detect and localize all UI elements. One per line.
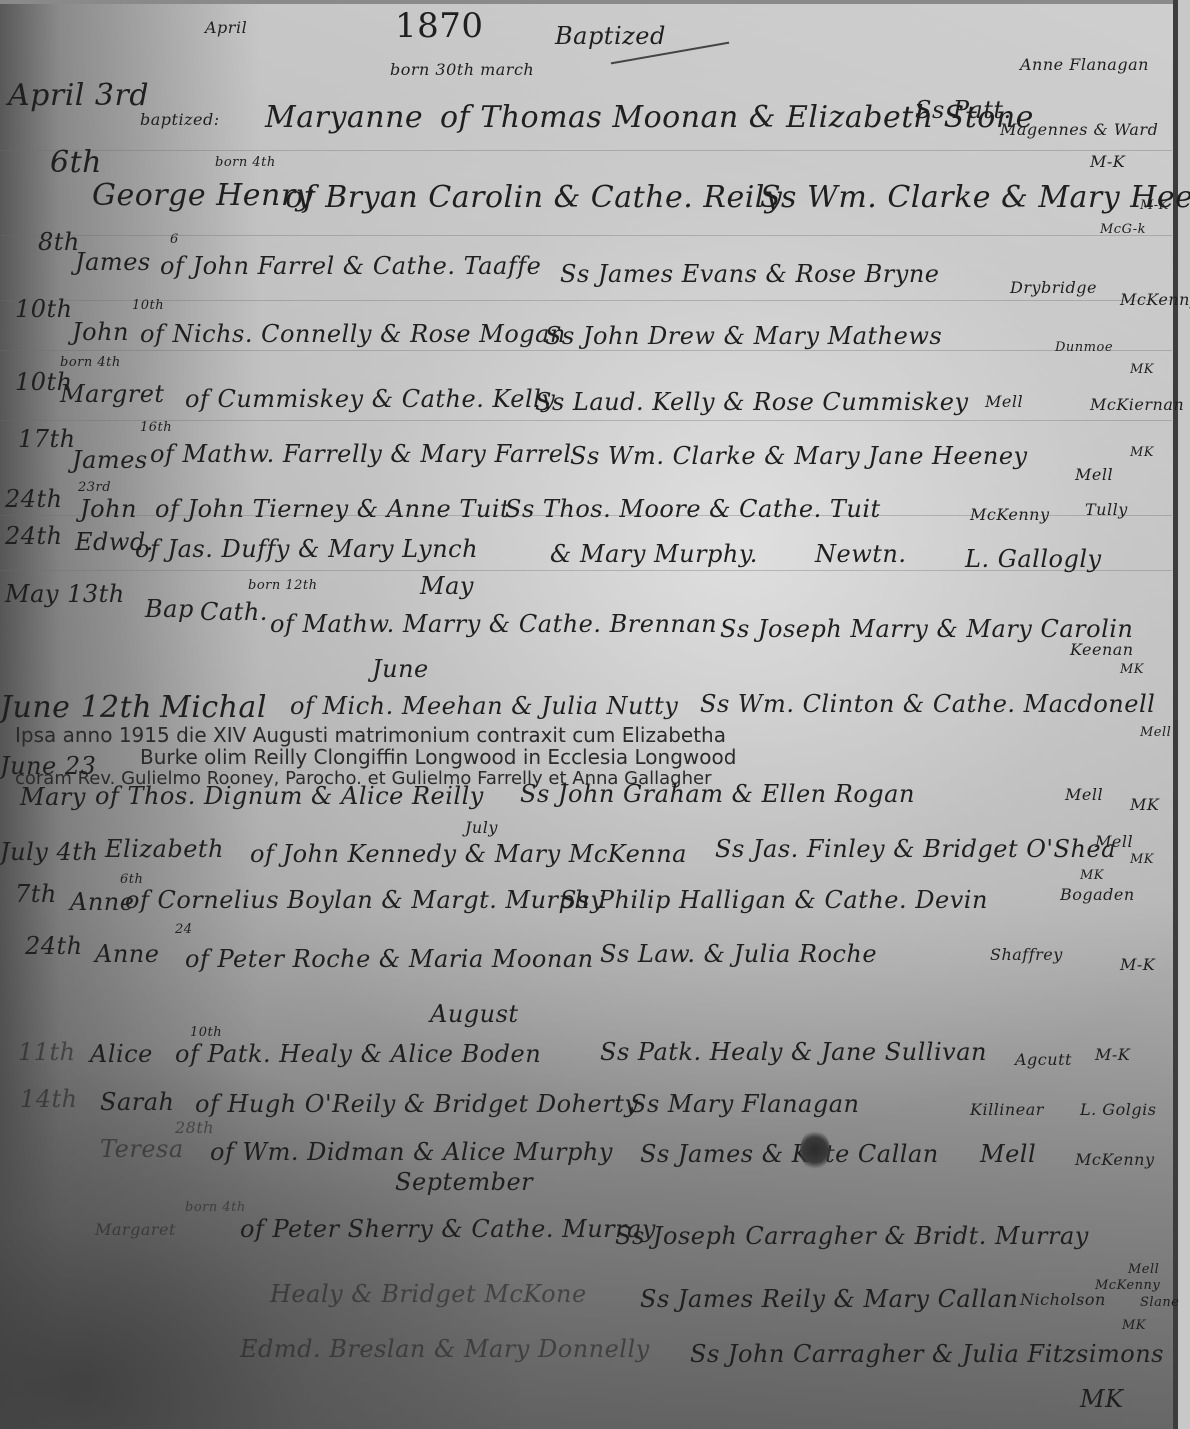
- entry-parents: of Hugh O'Reily & Bridget Doherty: [195, 1090, 638, 1118]
- entry-parents: Healy & Bridget McKone: [270, 1280, 587, 1308]
- entry-sponsors: Ss Patt.: [915, 96, 1012, 124]
- entry-sponsors: Ss Wm. Clarke & Mary Heeney: [760, 180, 1190, 215]
- entry-child: Michal: [160, 690, 267, 725]
- entry-parents: of Peter Sherry & Cathe. Murray: [240, 1215, 656, 1243]
- margin-note: M-K: [1120, 955, 1155, 974]
- entry-sponsors: Ss Law. & Julia Roche: [600, 940, 877, 968]
- header-month-note: April: [205, 18, 247, 37]
- entry-parents: of Cummiskey & Cathe. Kelly: [185, 385, 555, 413]
- entry-sponsors: Ss James Evans & Rose Bryne: [560, 260, 940, 288]
- entry-child: James: [75, 248, 151, 276]
- entry-parents: of Mathw. Farrelly & Mary Farrel: [150, 440, 572, 468]
- entry-parents: of Nichs. Connelly & Rose Mogan: [140, 320, 566, 348]
- margin-note: Slane: [1140, 1295, 1179, 1310]
- entry-child: Maryanne: [265, 100, 423, 135]
- margin-note: Mell: [1140, 725, 1171, 740]
- entry-sponsors: & Mary Murphy.: [550, 540, 758, 568]
- entry-parents: of John Farrel & Cathe. Taaffe: [160, 252, 541, 280]
- month-heading-july: July: [465, 818, 498, 837]
- register-page: April 1870 Baptized April 3rd baptized: …: [0, 0, 1190, 1429]
- entry-born: 10th: [132, 298, 164, 313]
- ruled-line: [0, 150, 1172, 151]
- entry-born: born 4th: [60, 355, 121, 370]
- month-heading-september: September: [395, 1168, 533, 1196]
- entry-date: 8th: [38, 228, 80, 256]
- entry-child: John: [80, 495, 137, 523]
- entry-parents: of Thos. Dignum & Alice Reilly: [95, 782, 484, 810]
- entry-sponsors: Ss Wm. Clarke & Mary Jane Heeney: [570, 442, 1028, 470]
- entry-born: 6: [170, 232, 179, 247]
- entry-note: baptized:: [140, 110, 220, 129]
- entry-note: Bap: [145, 595, 194, 623]
- entry-parents: of Mathw. Marry & Cathe. Brennan: [270, 610, 717, 638]
- header-year: 1870: [395, 6, 484, 46]
- entry-sponsors: Ss Jas. Finley & Bridget O'Shea: [715, 835, 1116, 863]
- entry-child: Margaret: [95, 1220, 176, 1239]
- entry-sponsors: Ss James & Kate Callan: [640, 1140, 939, 1168]
- ruled-line: [0, 350, 1172, 351]
- margin-note: McKiernan: [1090, 395, 1184, 414]
- entry-place: Mell: [985, 392, 1023, 411]
- entry-sponsors: Ss John Graham & Ellen Rogan: [520, 780, 915, 808]
- entry-sponsors: Ss John Carragher & Julia Fitzsimons: [690, 1340, 1164, 1368]
- margin-note: MK: [1122, 1318, 1146, 1333]
- entry-child: Cath.: [200, 598, 268, 626]
- entry-born: 23rd: [78, 480, 111, 495]
- entry-place: Mell: [1095, 832, 1133, 851]
- margin-note: McKenny: [1120, 290, 1190, 309]
- margin-note: MK: [1080, 1385, 1124, 1413]
- entry-parents: of Jas. Duffy & Mary Lynch: [135, 535, 478, 563]
- entry-parents: of John Kennedy & Mary McKenna: [250, 840, 687, 868]
- entry-sponsors: Ss James Reily & Mary Callan: [640, 1285, 1018, 1313]
- entry-parents: of Peter Roche & Maria Moonan: [185, 945, 594, 973]
- entry-sponsors: Ss Joseph Carragher & Bridt. Murray: [615, 1222, 1089, 1250]
- entry-born: born 12th: [248, 578, 318, 593]
- entry-place: Killinear: [970, 1100, 1044, 1119]
- margin-note: Anne Flanagan: [1020, 55, 1149, 74]
- entry-date: July 4th: [0, 838, 98, 866]
- entry-sponsors: Ss Joseph Marry & Mary Carolin: [720, 615, 1133, 643]
- entry-date: 17th: [18, 425, 76, 453]
- month-heading-june: June: [372, 655, 429, 683]
- entry-place: Drybridge: [1010, 278, 1097, 297]
- entry-parents: of Cornelius Boylan & Margt. Murphy: [125, 886, 604, 914]
- entry-date: June 23: [0, 752, 96, 780]
- ruled-line: [0, 300, 1172, 301]
- entry-child: Mary: [20, 783, 86, 811]
- entry-date: 24th: [5, 485, 63, 513]
- entry-parents: of Bryan Carolin & Cathe. Reily: [285, 180, 782, 215]
- margin-note: Magennes & Ward: [1000, 120, 1158, 139]
- entry-parents: of Mich. Meehan & Julia Nutty: [290, 692, 678, 720]
- entry-child: Sarah: [100, 1088, 175, 1116]
- entry-date: 24th: [25, 932, 83, 960]
- entry-parents: of Wm. Didman & Alice Murphy: [210, 1138, 613, 1166]
- margin-note: Bogaden: [1060, 885, 1135, 904]
- entry-date: 14th: [20, 1085, 78, 1113]
- entry-sponsors: Ss Laud. Kelly & Rose Cummiskey: [535, 388, 969, 416]
- margin-note: M-K: [1095, 1045, 1130, 1064]
- entry-born: born 30th march: [390, 60, 534, 79]
- entry-date: 7th: [15, 880, 57, 908]
- entry-sponsors: Ss John Drew & Mary Mathews: [545, 322, 942, 350]
- entry-born: born 4th: [215, 155, 276, 170]
- margin-note: MK: [1130, 852, 1154, 867]
- entry-born: 6th: [120, 872, 143, 887]
- entry-born: 24: [175, 922, 193, 937]
- ink-blot: [800, 1130, 830, 1170]
- header-title: Baptized: [555, 22, 666, 50]
- margin-note: Mell: [1065, 785, 1103, 804]
- entry-place: Agcutt: [1015, 1050, 1072, 1069]
- margin-note: MK: [1130, 795, 1159, 814]
- entry-sponsors: Ss Philip Halligan & Cathe. Devin: [560, 886, 988, 914]
- margin-note: Mell: [1075, 465, 1113, 484]
- margin-note: L. Gallogly: [965, 545, 1102, 573]
- entry-date: April 3rd: [8, 78, 149, 113]
- later-annotation-line: Ipsa anno 1915 die XIV Augusti matrimoni…: [15, 723, 726, 747]
- margin-note: McG-k: [1100, 222, 1146, 237]
- entry-date: 10th: [15, 295, 73, 323]
- ruled-line: [0, 420, 1172, 421]
- entry-date: 6th: [50, 145, 102, 180]
- entry-child: Alice: [90, 1040, 153, 1068]
- entry-place: Dunmoe: [1055, 340, 1113, 355]
- margin-note: Mell: [1128, 1262, 1159, 1277]
- entry-sponsors: Ss Patk. Healy & Jane Sullivan: [600, 1038, 987, 1066]
- margin-note: L. Golgis: [1080, 1100, 1156, 1119]
- entry-parents: Edmd. Breslan & Mary Donnelly: [240, 1335, 650, 1363]
- entry-date: May 13th: [5, 580, 125, 608]
- later-annotation-line: Burke olim Reilly Clongiffin Longwood in…: [140, 745, 736, 769]
- entry-sponsors: Ss Thos. Moore & Cathe. Tuit: [505, 495, 881, 523]
- entry-date: June 12th: [0, 690, 152, 725]
- page-top-edge: [0, 0, 1190, 4]
- entry-child: James: [72, 446, 148, 474]
- margin-note: M-K: [1090, 152, 1125, 171]
- entry-parents: of Patk. Healy & Alice Boden: [175, 1040, 541, 1068]
- margin-note: MK: [1130, 362, 1154, 377]
- entry-child: Teresa: [100, 1135, 184, 1163]
- entry-parents: of John Tierney & Anne Tuit: [155, 495, 510, 523]
- margin-note: MK: [1120, 662, 1144, 677]
- month-heading-august: August: [430, 1000, 519, 1028]
- entry-place: Nicholson: [1020, 1290, 1106, 1309]
- entry-born: born 4th: [185, 1200, 246, 1215]
- margin-note: Keenan: [1070, 640, 1134, 659]
- entry-place: Mell: [980, 1140, 1036, 1168]
- margin-note: MK: [1080, 868, 1104, 883]
- entry-born: 10th: [190, 1025, 222, 1040]
- entry-sponsors: Ss Mary Flanagan: [630, 1090, 859, 1118]
- entry-date: 11th: [18, 1038, 76, 1066]
- margin-note: MK: [1130, 445, 1154, 460]
- entry-place: Newtn.: [815, 540, 906, 568]
- margin-note: M-K: [1140, 198, 1169, 213]
- entry-child: John: [72, 318, 129, 346]
- entry-date: 24th: [5, 522, 63, 550]
- entry-child: Margret: [60, 380, 165, 408]
- margin-note: Tully: [1085, 500, 1128, 519]
- entry-sponsors: Ss Wm. Clinton & Cathe. Macdonell: [700, 690, 1155, 718]
- entry-born: 16th: [140, 420, 172, 435]
- margin-note: McKenny: [970, 505, 1049, 524]
- month-heading-may: May: [420, 572, 474, 600]
- margin-note: McKenny: [1075, 1150, 1154, 1169]
- entry-place: Shaffrey: [990, 945, 1063, 964]
- entry-child: Anne: [95, 940, 159, 968]
- entry-child: George Henry: [92, 178, 313, 213]
- entry-child: Elizabeth: [105, 835, 224, 863]
